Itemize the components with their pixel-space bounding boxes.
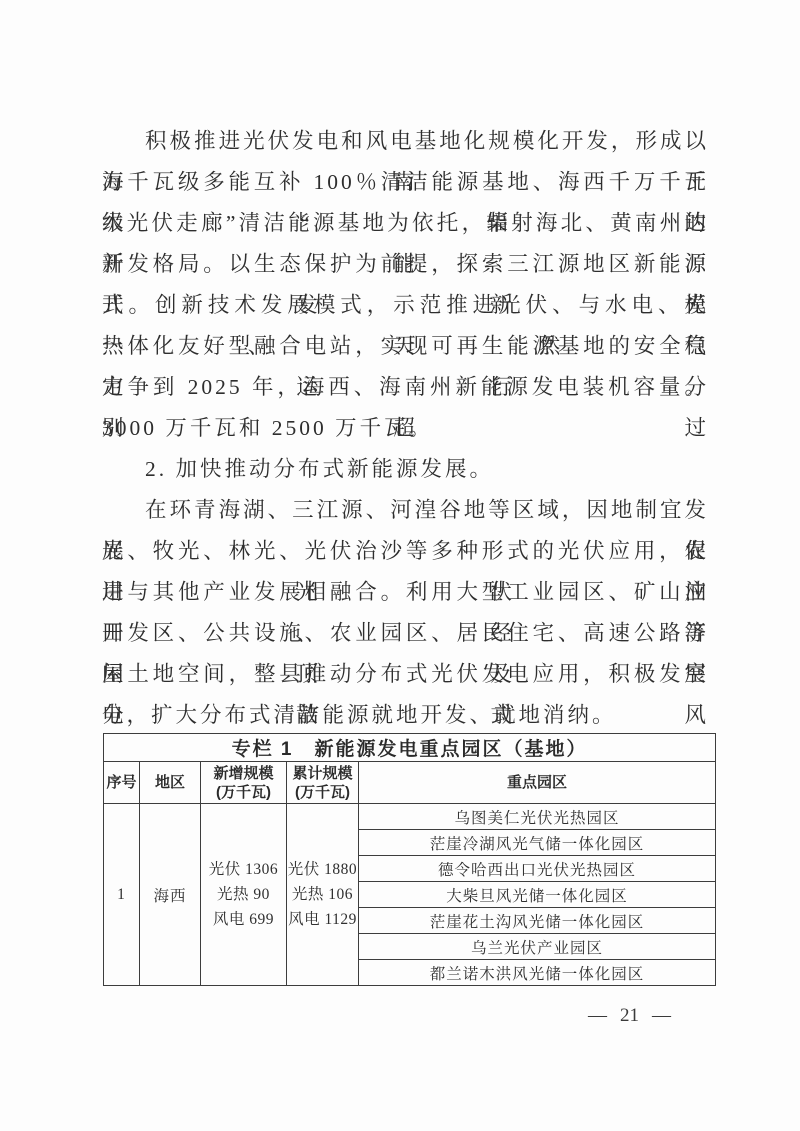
seq-cell: 1 [104,804,140,986]
paragraph-line: 开发格局。以生态保护为前提，探索三江源地区新能源开发新模 [102,244,709,285]
col-header-new-capacity: 新增规模 (万千瓦) [201,762,287,804]
capacity-line: 光热 90 [201,882,286,907]
key-parks-table: 专栏 1 新能源发电重点园区（基地） 序号 地区 新增规模 (万千瓦) 累计规模… [103,733,716,986]
paragraph-line: 闲土地空间，整县推动分布式光伏发电应用，积极发展分散式风 [102,654,709,695]
key-parks-table-container: 专栏 1 新能源发电重点园区（基地） 序号 地区 新增规模 (万千瓦) 累计规模… [103,733,716,986]
paragraph-line: 力争到 2025 年，海西、海南州新能源发电装机容量分别超过 [102,367,709,408]
paragraph-line: 式。创新技术发展模式，示范推进光伏、与水电、光热、天然气 [102,285,709,326]
col-header-region: 地区 [140,762,201,804]
capacity-line: 风电 1129 [287,907,358,932]
park-cell: 大柴旦风光储一体化园区 [359,882,716,908]
document-page: 积极推进光伏发电和风电基地化规模化开发，形成以海南千 万千瓦级多能互补 100％… [0,0,800,1131]
paragraph-line: 积极推进光伏发电和风电基地化规模化开发，形成以海南千 [102,121,709,162]
park-cell: 德令哈西出口光伏光热园区 [359,856,716,882]
cumulative-capacity-cell: 光伏 1880 光热 106 风电 1129 [287,804,359,986]
heading-line: 2. 加快推动分布式新能源发展。 [102,449,709,490]
col-header-line: 累计规模 [287,764,358,783]
col-header-cumulative-capacity: 累计规模 (万千瓦) [287,762,359,804]
col-header-seq: 序号 [104,762,140,804]
new-capacity-cell: 光伏 1306 光热 90 风电 699 [201,804,287,986]
paragraph-line: 万千瓦级多能互补 100％清洁能源基地、海西千万千瓦级“柴达 [102,162,709,203]
page-number-dash: — [652,1005,671,1027]
capacity-line: 光热 106 [287,882,358,907]
paragraph-line: 开发区、公共设施、农业园区、居民住宅、高速公路等屋顶及空 [102,613,709,654]
table-row: 1 海西 光伏 1306 光热 90 风电 699 光伏 1880 光热 106… [104,804,716,830]
park-cell: 茫崖花土沟风光储一体化园区 [359,908,716,934]
paragraph-line: 用与其他产业发展相融合。利用大型工业园区、矿山油田、经济 [102,572,709,613]
paragraph-line: 木光伏走廊”清洁能源基地为依托，辐射海北、黄南州的新能源 [102,203,709,244]
col-header-parks: 重点园区 [359,762,716,804]
document-body: 积极推进光伏发电和风电基地化规模化开发，形成以海南千 万千瓦级多能互补 100％… [102,121,709,736]
page-number-value: 21 [620,1005,639,1027]
col-header-line: 新增规模 [201,764,286,783]
paragraph-line: 光、牧光、林光、光伏治沙等多种形式的光伏应用，促进光伏应 [102,531,709,572]
table-title: 专栏 1 新能源发电重点园区（基地） [104,734,716,762]
park-cell: 茫崖冷湖风光气储一体化园区 [359,830,716,856]
capacity-line: 光伏 1306 [201,857,286,882]
page-number-dash: — [588,1005,607,1027]
park-cell: 乌兰光伏产业园区 [359,934,716,960]
park-cell: 乌图美仁光伏光热园区 [359,804,716,830]
paragraph-line: 一体化友好型融合电站，实现可再生能源基地的安全稳定运行。 [102,326,709,367]
capacity-line: 光伏 1880 [287,857,358,882]
capacity-line: 风电 699 [201,907,286,932]
col-header-line: (万千瓦) [287,783,358,802]
paragraph-line: 在环青海湖、三江源、河湟谷地等区域，因地制宜发展农 [102,490,709,531]
col-header-line: (万千瓦) [201,783,286,802]
page-number: — 21 — [588,1005,671,1027]
park-cell: 都兰诺木洪风光储一体化园区 [359,960,716,986]
region-cell: 海西 [140,804,201,986]
